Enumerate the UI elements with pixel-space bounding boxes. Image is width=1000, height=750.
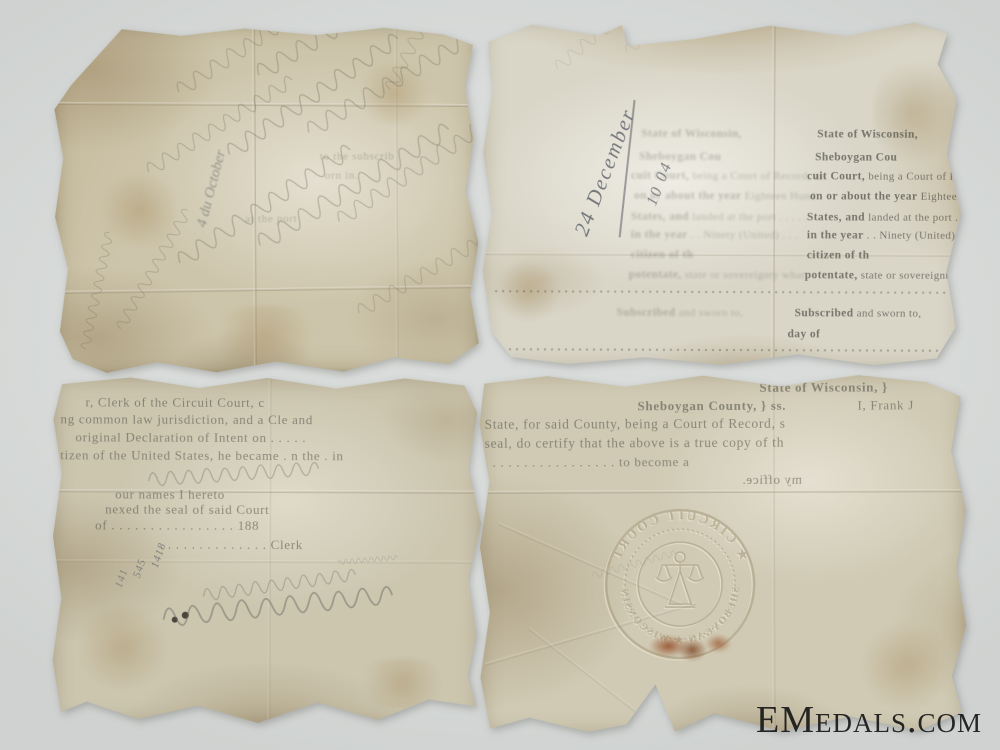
ghost-line: Subscribed — [617, 307, 676, 319]
ghost-line: citizen of th — [631, 249, 694, 261]
fold-crease — [483, 252, 961, 257]
handwriting-scrawl — [54, 24, 479, 373]
aged-paper-top-left: to the subscrib orn in. at the port 4 du… — [54, 24, 479, 373]
ghost-line: landed at the port . . . . . . . — [689, 211, 820, 223]
svg-text:★ CIRCUIT COURT: ★ CIRCUIT COURT — [608, 507, 752, 563]
form-line: tizen of the United States, he became . … — [60, 447, 343, 464]
ink-dot — [182, 612, 189, 619]
bleedthrough-print-block: State of Wisconsin, Sheboygan Cou cuit C… — [484, 21, 962, 23]
fold-crease — [55, 285, 478, 294]
rust-stain — [640, 630, 740, 662]
form-line: I, Frank J — [857, 397, 914, 413]
form-line: original Declaration of Intent on . . . … — [75, 429, 306, 446]
document-panel-bottom-left: r, Clerk of the Circuit Court, c ng comm… — [52, 377, 481, 723]
form-line: citizen of th — [807, 249, 870, 261]
fold-crease — [480, 489, 966, 494]
ghost-line: potentate, — [629, 269, 682, 281]
ghost-line: in the year — [631, 229, 688, 241]
ghost-line: and sworn to, — [676, 307, 744, 319]
form-line: state or sovereignty what — [858, 269, 962, 281]
form-line: being a Court of Record, an — [865, 170, 961, 182]
ghost-print-fragment: to the subscrib — [320, 150, 395, 162]
form-line: . . Ninety (United) . . . — [864, 229, 962, 241]
aged-paper-bottom-right: State of Wisconsin, } Sheboygan County, … — [479, 371, 966, 736]
form-line: ng common law jurisdiction, and a Cle an… — [60, 411, 313, 428]
fold-crease — [55, 102, 478, 107]
ink-dot — [172, 617, 178, 623]
form-line: . . . . . . . . . . . . . . Clerk — [160, 537, 303, 553]
form-line: of . . . . . . . . . . . . . . . . 188 — [95, 517, 259, 534]
ghost-line: state or sovereignty what — [682, 269, 805, 281]
ghost-line: State of Wisconsin, — [641, 128, 742, 140]
aged-paper-bottom-left: r, Clerk of the Circuit Court, c ng comm… — [52, 377, 481, 723]
seal-text-top: ★ CIRCUIT COURT — [608, 507, 752, 563]
watermark: EMedals.com — [756, 698, 982, 742]
document-panel-top-left: to the subscrib orn in. at the port 4 du… — [54, 24, 479, 373]
form-line: nexed the seal of said Court — [105, 501, 269, 518]
form-line: State of Wisconsin, — [817, 128, 918, 140]
justice-figure — [656, 552, 704, 607]
stain — [73, 607, 173, 687]
stain — [354, 64, 434, 124]
form-line: Subscribed — [795, 307, 854, 319]
ghost-print-fragment: at the port — [245, 213, 297, 225]
form-line: landed at the port . . . . . . . — [865, 211, 962, 223]
form-line: States, and — [807, 211, 865, 223]
stain — [352, 658, 452, 708]
ghost-line: . . Ninety (United) . . . — [688, 229, 799, 241]
fold-crease — [252, 25, 257, 372]
form-line: . . . . . . . . . . . . . . . . . to bec… — [485, 454, 690, 471]
form-line: State, for said County, being a Court of… — [485, 416, 786, 433]
form-line: cuit Court, — [807, 170, 865, 182]
form-line: Sheboygan Cou — [815, 151, 897, 163]
fold-crease — [394, 24, 399, 371]
form-line: Sheboygan County, } ss. — [637, 398, 786, 415]
dotted-rule — [495, 289, 950, 295]
ghost-line: being a Court of Record, an — [689, 170, 825, 182]
form-line: in the year — [807, 229, 864, 241]
form-line: potentate, — [805, 269, 858, 281]
stain — [206, 305, 326, 366]
form-line: State of Wisconsin, } — [759, 379, 887, 395]
aged-paper-top-right: State of Wisconsin, Sheboygan Cou cuit C… — [482, 21, 961, 369]
fold-crease — [53, 559, 481, 563]
ghost-line: Eighteen Hund — [741, 190, 816, 202]
document-panel-top-right: State of Wisconsin, Sheboygan Cou cuit C… — [482, 21, 961, 369]
form-line: seal, do certify that the above is a tru… — [485, 435, 785, 452]
form-line: on or about the year — [810, 190, 917, 202]
document-panel-bottom-right: State of Wisconsin, } Sheboygan County, … — [479, 371, 966, 736]
form-line: and sworn to, — [854, 307, 922, 319]
ghost-print-fragment: orn in. — [325, 170, 359, 182]
dotted-rule — [494, 347, 944, 353]
stain — [95, 175, 185, 245]
ghost-print-block: State of Wisconsin, Sheboygan Cou cuit C… — [484, 21, 962, 23]
form-line: Eighteen Hund — [917, 191, 961, 203]
product-photo: to the subscrib orn in. at the port 4 du… — [0, 0, 1000, 750]
form-line: day of — [787, 328, 820, 340]
form-line-mirrored: my office. — [742, 472, 802, 488]
form-line: r, Clerk of the Circuit Court, c — [85, 394, 264, 411]
handwritten-date-note: 4 du October — [189, 129, 236, 249]
form-line: our names I hereto — [115, 486, 225, 502]
